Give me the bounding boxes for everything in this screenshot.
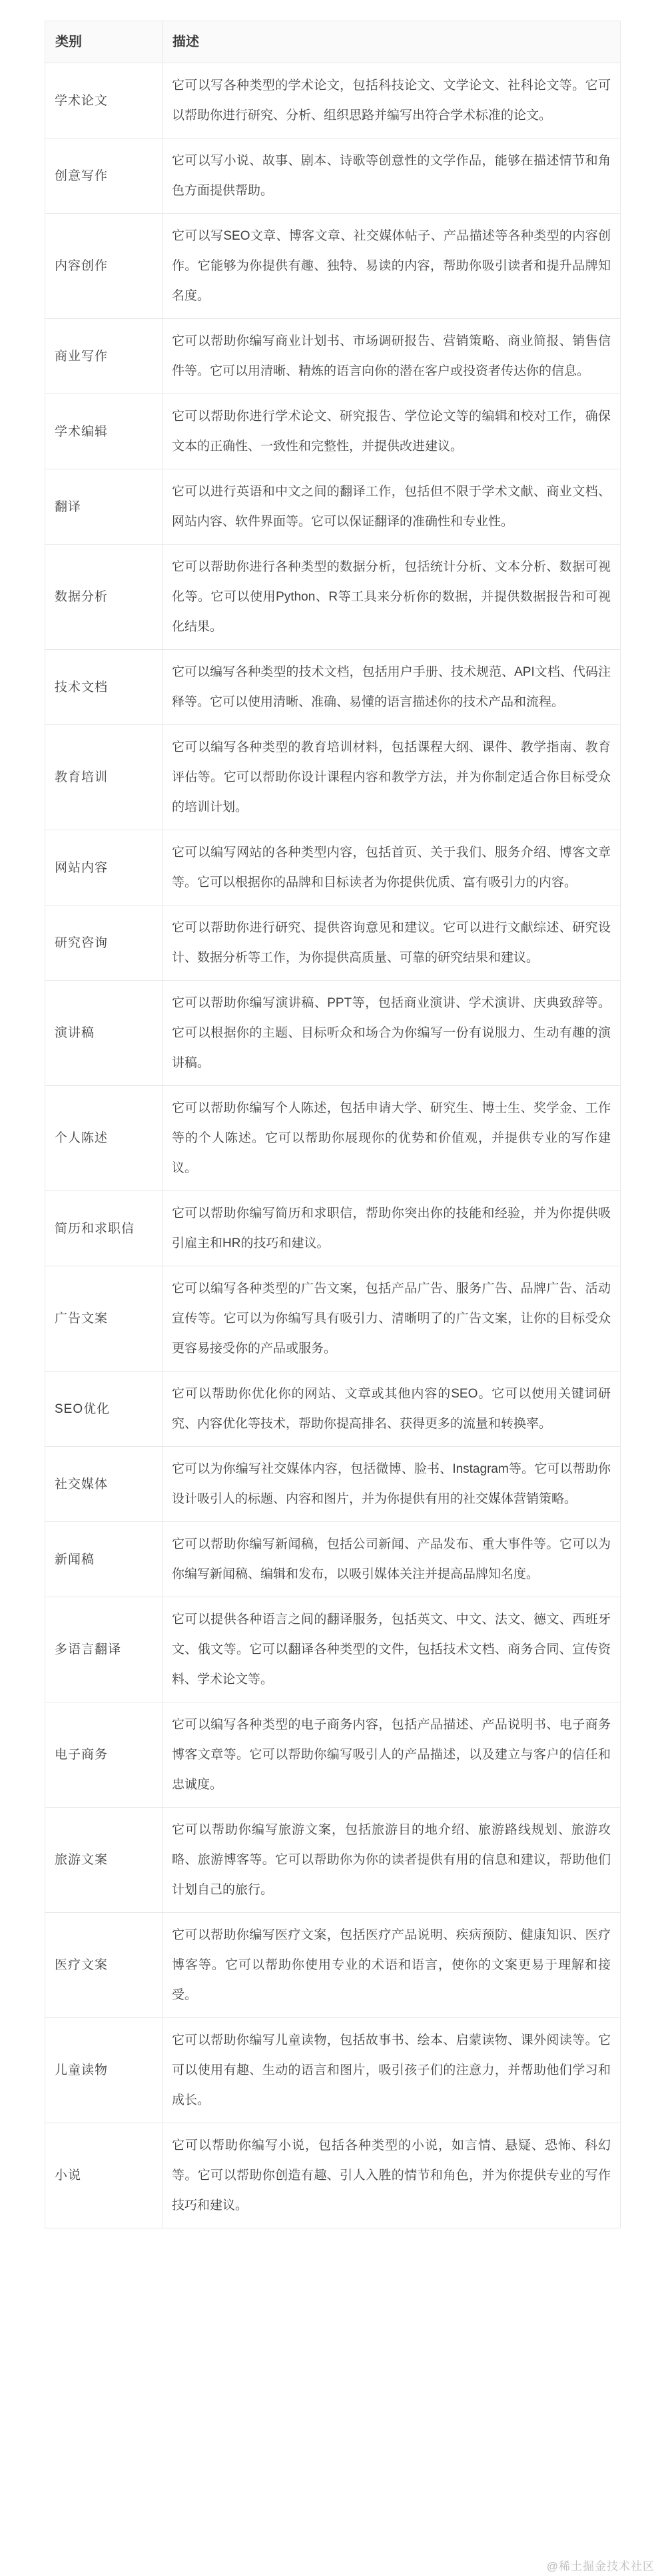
- description-cell: 它可以提供各种语言之间的翻译服务，包括英文、中文、法文、德文、西班牙文、俄文等。…: [163, 1597, 621, 1702]
- table-row: 广告文案 它可以编写各种类型的广告文案，包括产品广告、服务广告、品牌广告、活动宣…: [45, 1266, 621, 1372]
- description-cell: 它可以帮助你编写旅游文案，包括旅游目的地介绍、旅游路线规划、旅游攻略、旅游博客等…: [163, 1808, 621, 1913]
- category-cell: 旅游文案: [45, 1808, 163, 1913]
- category-cell: 技术文档: [45, 650, 163, 725]
- table-row: 研究咨询 它可以帮助你进行研究、提供咨询意见和建议。它可以进行文献综述、研究设计…: [45, 905, 621, 981]
- column-header-category: 类别: [45, 21, 163, 63]
- description-cell: 它可以编写各种类型的电子商务内容，包括产品描述、产品说明书、电子商务博客文章等。…: [163, 1702, 621, 1808]
- description-cell: 它可以进行英语和中文之间的翻译工作，包括但不限于学术文献、商业文档、网站内容、软…: [163, 469, 621, 545]
- description-cell: 它可以帮助你编写新闻稿，包括公司新闻、产品发布、重大事件等。它可以为你编写新闻稿…: [163, 1522, 621, 1597]
- table-row: 个人陈述 它可以帮助你编写个人陈述，包括申请大学、研究生、博士生、奖学金、工作等…: [45, 1086, 621, 1191]
- description-cell: 它可以为你编写社交媒体内容，包括微博、脸书、Instagram等。它可以帮助你设…: [163, 1447, 621, 1522]
- category-cell: 数据分析: [45, 545, 163, 650]
- table-row: SEO优化 它可以帮助你优化你的网站、文章或其他内容的SEO。它可以使用关键词研…: [45, 1372, 621, 1447]
- category-cell: 广告文案: [45, 1266, 163, 1372]
- table-row: 小说 它可以帮助你编写小说，包括各种类型的小说，如言情、悬疑、恐怖、科幻等。它可…: [45, 2123, 621, 2228]
- category-cell: 演讲稿: [45, 981, 163, 1086]
- category-cell: 商业写作: [45, 319, 163, 394]
- table-row: 网站内容 它可以编写网站的各种类型内容，包括首页、关于我们、服务介绍、博客文章等…: [45, 830, 621, 905]
- table-row: 教育培训 它可以编写各种类型的教育培训材料，包括课程大纲、课件、教学指南、教育评…: [45, 725, 621, 830]
- category-cell: 医疗文案: [45, 1913, 163, 2018]
- description-cell: 它可以帮助你编写小说，包括各种类型的小说，如言情、悬疑、恐怖、科幻等。它可以帮助…: [163, 2123, 621, 2228]
- description-cell: 它可以写小说、故事、剧本、诗歌等创意性的文学作品，能够在描述情节和角色方面提供帮…: [163, 138, 621, 214]
- page: 类别 描述 学术论文 它可以写各种类型的学术论文，包括科技论文、文学论文、社科论…: [0, 0, 660, 2576]
- category-cell: SEO优化: [45, 1372, 163, 1447]
- table-row: 数据分析 它可以帮助你进行各种类型的数据分析，包括统计分析、文本分析、数据可视化…: [45, 545, 621, 650]
- description-cell: 它可以编写各种类型的广告文案，包括产品广告、服务广告、品牌广告、活动宣传等。它可…: [163, 1266, 621, 1372]
- description-cell: 它可以帮助你编写商业计划书、市场调研报告、营销策略、商业简报、销售信件等。它可以…: [163, 319, 621, 394]
- description-cell: 它可以帮助你编写演讲稿、PPT等，包括商业演讲、学术演讲、庆典致辞等。它可以根据…: [163, 981, 621, 1086]
- table-row: 内容创作 它可以写SEO文章、博客文章、社交媒体帖子、产品描述等各种类型的内容创…: [45, 214, 621, 319]
- category-cell: 儿童读物: [45, 2018, 163, 2123]
- category-cell: 个人陈述: [45, 1086, 163, 1191]
- description-cell: 它可以帮助你进行研究、提供咨询意见和建议。它可以进行文献综述、研究设计、数据分析…: [163, 905, 621, 981]
- category-cell: 创意写作: [45, 138, 163, 214]
- category-cell: 简历和求职信: [45, 1191, 163, 1266]
- description-cell: 它可以帮助你进行各种类型的数据分析，包括统计分析、文本分析、数据可视化等。它可以…: [163, 545, 621, 650]
- table-row: 电子商务 它可以编写各种类型的电子商务内容，包括产品描述、产品说明书、电子商务博…: [45, 1702, 621, 1808]
- table-header-row: 类别 描述: [45, 21, 621, 63]
- category-cell: 小说: [45, 2123, 163, 2228]
- column-header-description: 描述: [163, 21, 621, 63]
- category-cell: 电子商务: [45, 1702, 163, 1808]
- categories-table-container: 类别 描述 学术论文 它可以写各种类型的学术论文，包括科技论文、文学论文、社科论…: [45, 21, 620, 2228]
- category-cell: 学术论文: [45, 63, 163, 138]
- table-row: 翻译 它可以进行英语和中文之间的翻译工作，包括但不限于学术文献、商业文档、网站内…: [45, 469, 621, 545]
- table-row: 创意写作 它可以写小说、故事、剧本、诗歌等创意性的文学作品，能够在描述情节和角色…: [45, 138, 621, 214]
- category-cell: 网站内容: [45, 830, 163, 905]
- watermark-text: @稀土掘金技术社区: [547, 2557, 655, 2573]
- category-cell: 翻译: [45, 469, 163, 545]
- category-cell: 社交媒体: [45, 1447, 163, 1522]
- table-row: 学术编辑 它可以帮助你进行学术论文、研究报告、学位论文等的编辑和校对工作，确保文…: [45, 394, 621, 469]
- description-cell: 它可以帮助你编写个人陈述，包括申请大学、研究生、博士生、奖学金、工作等的个人陈述…: [163, 1086, 621, 1191]
- table-row: 多语言翻译 它可以提供各种语言之间的翻译服务，包括英文、中文、法文、德文、西班牙…: [45, 1597, 621, 1702]
- description-cell: 它可以写SEO文章、博客文章、社交媒体帖子、产品描述等各种类型的内容创作。它能够…: [163, 214, 621, 319]
- description-cell: 它可以帮助你编写儿童读物，包括故事书、绘本、启蒙读物、课外阅读等。它可以使用有趣…: [163, 2018, 621, 2123]
- table-row: 学术论文 它可以写各种类型的学术论文，包括科技论文、文学论文、社科论文等。它可以…: [45, 63, 621, 138]
- table-row: 技术文档 它可以编写各种类型的技术文档，包括用户手册、技术规范、API文档、代码…: [45, 650, 621, 725]
- table-row: 儿童读物 它可以帮助你编写儿童读物，包括故事书、绘本、启蒙读物、课外阅读等。它可…: [45, 2018, 621, 2123]
- description-cell: 它可以写各种类型的学术论文，包括科技论文、文学论文、社科论文等。它可以帮助你进行…: [163, 63, 621, 138]
- table-row: 旅游文案 它可以帮助你编写旅游文案，包括旅游目的地介绍、旅游路线规划、旅游攻略、…: [45, 1808, 621, 1913]
- table-row: 演讲稿 它可以帮助你编写演讲稿、PPT等，包括商业演讲、学术演讲、庆典致辞等。它…: [45, 981, 621, 1086]
- table-row: 商业写作 它可以帮助你编写商业计划书、市场调研报告、营销策略、商业简报、销售信件…: [45, 319, 621, 394]
- categories-table: 类别 描述 学术论文 它可以写各种类型的学术论文，包括科技论文、文学论文、社科论…: [45, 21, 621, 2228]
- table-row: 社交媒体 它可以为你编写社交媒体内容，包括微博、脸书、Instagram等。它可…: [45, 1447, 621, 1522]
- table-row: 医疗文案 它可以帮助你编写医疗文案，包括医疗产品说明、疾病预防、健康知识、医疗博…: [45, 1913, 621, 2018]
- table-row: 简历和求职信 它可以帮助你编写简历和求职信，帮助你突出你的技能和经验，并为你提供…: [45, 1191, 621, 1266]
- category-cell: 教育培训: [45, 725, 163, 830]
- description-cell: 它可以帮助你进行学术论文、研究报告、学位论文等的编辑和校对工作，确保文本的正确性…: [163, 394, 621, 469]
- description-cell: 它可以编写各种类型的技术文档，包括用户手册、技术规范、API文档、代码注释等。它…: [163, 650, 621, 725]
- description-cell: 它可以帮助你优化你的网站、文章或其他内容的SEO。它可以使用关键词研究、内容优化…: [163, 1372, 621, 1447]
- category-cell: 新闻稿: [45, 1522, 163, 1597]
- description-cell: 它可以帮助你编写简历和求职信，帮助你突出你的技能和经验，并为你提供吸引雇主和HR…: [163, 1191, 621, 1266]
- category-cell: 内容创作: [45, 214, 163, 319]
- category-cell: 多语言翻译: [45, 1597, 163, 1702]
- description-cell: 它可以帮助你编写医疗文案，包括医疗产品说明、疾病预防、健康知识、医疗博客等。它可…: [163, 1913, 621, 2018]
- table-row: 新闻稿 它可以帮助你编写新闻稿，包括公司新闻、产品发布、重大事件等。它可以为你编…: [45, 1522, 621, 1597]
- description-cell: 它可以编写网站的各种类型内容，包括首页、关于我们、服务介绍、博客文章等。它可以根…: [163, 830, 621, 905]
- category-cell: 学术编辑: [45, 394, 163, 469]
- category-cell: 研究咨询: [45, 905, 163, 981]
- description-cell: 它可以编写各种类型的教育培训材料，包括课程大纲、课件、教学指南、教育评估等。它可…: [163, 725, 621, 830]
